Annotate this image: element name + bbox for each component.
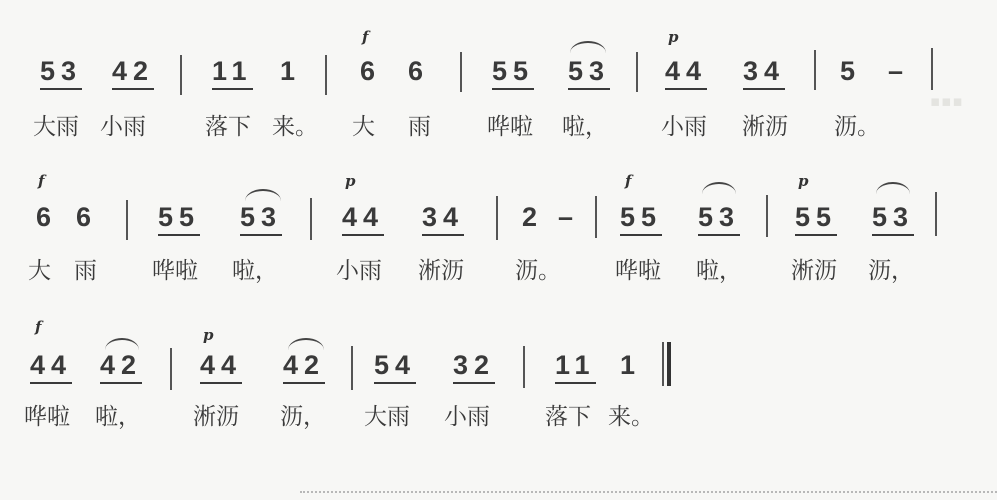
- note: 1: [620, 350, 635, 380]
- note-group: 44: [665, 56, 707, 86]
- note-group: 53: [240, 202, 282, 232]
- lyric: 沥。: [515, 256, 561, 286]
- lyric: 啦，: [562, 112, 608, 142]
- lyric: 哗啦: [24, 402, 70, 432]
- note-group: 32: [453, 350, 495, 380]
- lyric: 落下: [545, 402, 591, 432]
- dash-extension: –: [888, 56, 903, 86]
- note-group: 53: [40, 56, 82, 86]
- slur: [288, 338, 324, 350]
- barline: [351, 346, 353, 390]
- lyric: 雨: [408, 112, 431, 142]
- lyric: 哗啦: [615, 256, 661, 286]
- bleed-through-text: ▪▪▪: [930, 92, 964, 110]
- dynamic-forte: f: [625, 172, 631, 190]
- lyric: 大: [28, 256, 51, 286]
- lyric: 小雨: [336, 256, 382, 286]
- dynamic-forte: f: [38, 172, 44, 190]
- note-group: 53: [568, 56, 610, 86]
- lyric: 淅沥: [791, 256, 837, 286]
- barline: [595, 196, 597, 238]
- note: 6: [76, 202, 91, 232]
- barline: [180, 55, 182, 95]
- lyric: 来。: [272, 112, 318, 142]
- note: 6: [36, 202, 51, 232]
- lyric: 落下: [205, 112, 251, 142]
- lyric: 淅沥: [742, 112, 788, 142]
- barline: [814, 50, 816, 90]
- final-barline-thin: [662, 342, 664, 386]
- barline: [496, 196, 498, 240]
- note-group: 42: [112, 56, 154, 86]
- barline: [931, 48, 933, 90]
- note-group: 55: [492, 56, 534, 86]
- note-group: 42: [100, 350, 142, 380]
- barline: [766, 195, 768, 237]
- note: 2: [522, 202, 537, 232]
- lyric: 大雨: [364, 402, 410, 432]
- lyric: 啦，: [95, 402, 141, 432]
- barline: [325, 55, 327, 95]
- dynamic-piano: p: [798, 172, 809, 190]
- lyric: 来。: [608, 402, 654, 432]
- slur: [570, 41, 606, 53]
- barline: [126, 200, 128, 240]
- barline: [310, 198, 312, 240]
- lyric: 大雨: [33, 112, 79, 142]
- note-group: 44: [30, 350, 72, 380]
- lyric: 淅沥: [418, 256, 464, 286]
- lyric: 沥，: [868, 256, 914, 286]
- lyric: 啦，: [232, 256, 278, 286]
- note-group: 11: [212, 56, 253, 86]
- note-group: 55: [795, 202, 837, 232]
- note-group: 44: [342, 202, 384, 232]
- slur: [105, 338, 139, 350]
- note: 5: [840, 56, 855, 86]
- dynamic-piano: p: [345, 172, 356, 190]
- music-score-page: ▪▪▪ 53 42 大雨 小雨 11 1 落下 来。 f 6 6 大 雨 55 …: [0, 0, 997, 500]
- note-group: 42: [283, 350, 325, 380]
- lyric: 大: [352, 112, 375, 142]
- dynamic-forte: f: [35, 318, 41, 336]
- lyric: 哗啦: [152, 256, 198, 286]
- lyric: 沥。: [834, 112, 880, 142]
- note-group: 44: [200, 350, 242, 380]
- note-group: 11: [555, 350, 596, 380]
- lyric: 小雨: [444, 402, 490, 432]
- note: 6: [360, 56, 375, 86]
- lyric: 小雨: [661, 112, 707, 142]
- dynamic-forte: f: [362, 28, 368, 46]
- slur: [702, 182, 736, 194]
- note-group: 53: [872, 202, 914, 232]
- note: 6: [408, 56, 423, 86]
- dash-extension: –: [558, 202, 573, 232]
- note-group: 55: [158, 202, 200, 232]
- dynamic-piano: p: [203, 326, 214, 344]
- dynamic-piano: p: [668, 28, 679, 46]
- note: 1: [280, 56, 295, 86]
- note-group: 53: [698, 202, 740, 232]
- slur: [245, 189, 281, 201]
- dotted-divider: [300, 491, 997, 493]
- note-group: 55: [620, 202, 662, 232]
- lyric: 淅沥: [193, 402, 239, 432]
- barline: [170, 348, 172, 390]
- barline: [636, 52, 638, 92]
- slur: [876, 182, 910, 194]
- barline: [460, 52, 462, 92]
- lyric: 小雨: [100, 112, 146, 142]
- barline: [523, 346, 525, 388]
- lyric: 啦，: [696, 256, 742, 286]
- note-group: 34: [743, 56, 785, 86]
- lyric: 哗啦: [487, 112, 533, 142]
- barline: [935, 192, 937, 236]
- lyric: 沥，: [280, 402, 326, 432]
- final-barline-thick: [667, 342, 671, 386]
- note-group: 34: [422, 202, 464, 232]
- lyric: 雨: [74, 256, 97, 286]
- note-group: 54: [374, 350, 416, 380]
